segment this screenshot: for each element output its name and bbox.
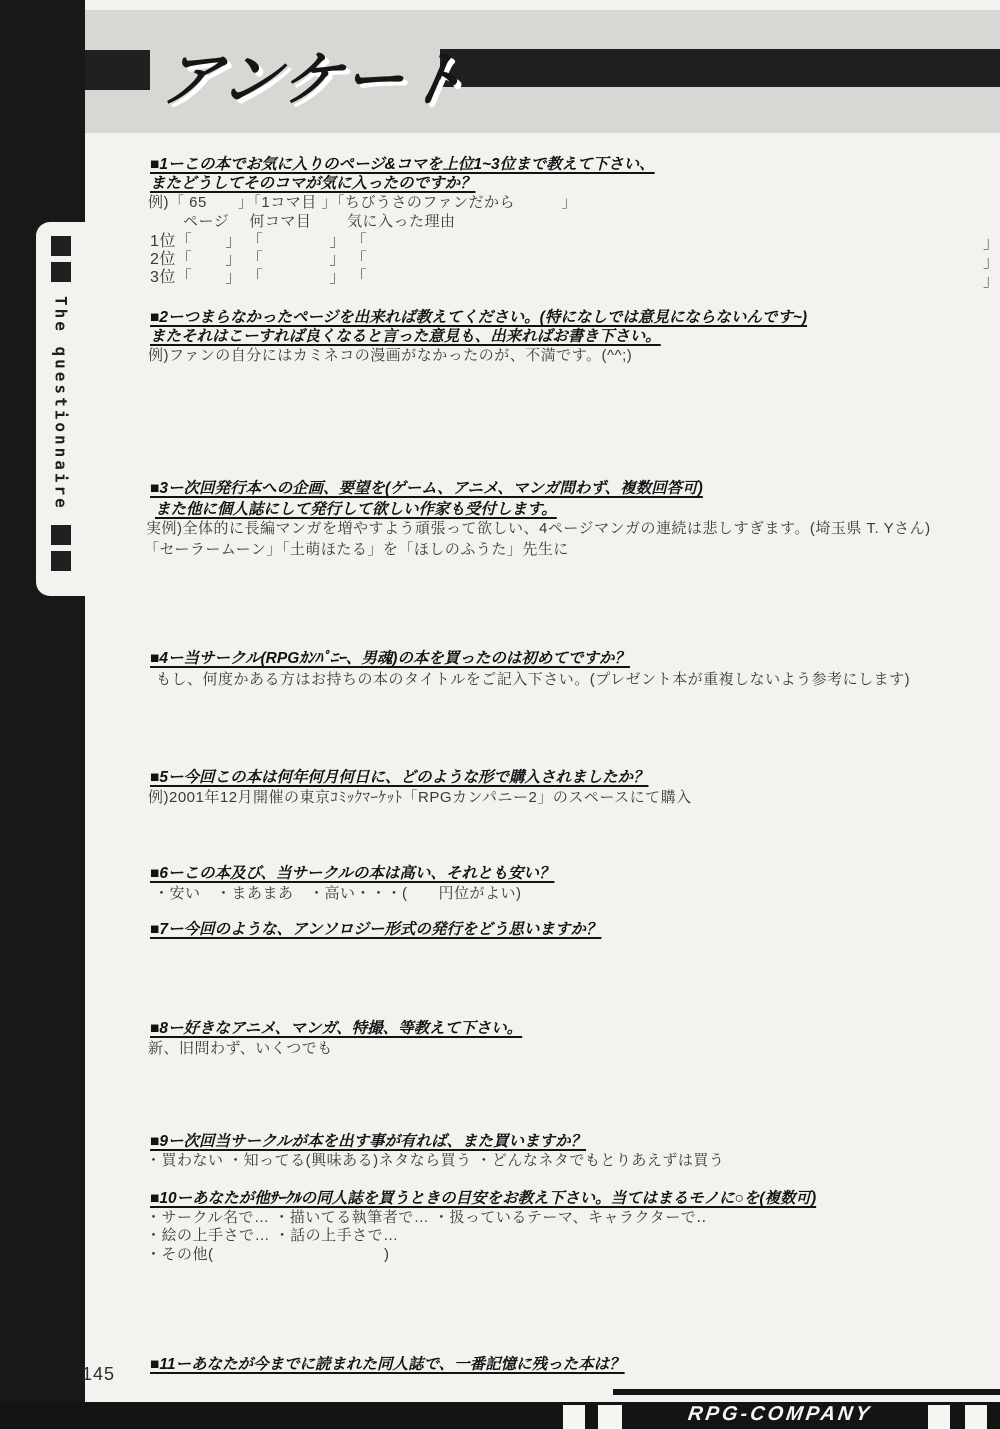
question-1-example: 例)「 65 」「1コマ目 」「ちびうさのファンだから 」: [148, 191, 577, 212]
sidebar-vertical-strip: The questionnaire: [36, 222, 86, 596]
question-11-heading: ■11ーあなたが今までに読まれた同人誌で、一番記憶に残った本は？: [150, 1352, 625, 1374]
question-3-example-line2: 「セーラームーン」「土萌ほたる」を「ほしのふうた」先生に: [144, 538, 569, 559]
footer-white-bar-icon: [965, 1405, 987, 1429]
question-3-heading-line1: ■3ー次回発行本への企画、要望を(ゲーム、アニメ、マンガ問わず、複数回答可): [150, 476, 703, 498]
question-6-heading: ■6ーこの本及び、当サークルの本は高い、それとも安い？: [150, 861, 554, 883]
question-10-heading: ■10ーあなたが他ｻｰｸﾙの同人誌を買うときの目安をお教え下さい。当てはまるモノ…: [150, 1186, 816, 1208]
footer-white-bar-icon: [563, 1405, 585, 1429]
question-9-heading: ■9ー次回当サークルが本を出す事が有れば、また買いますか？: [150, 1129, 586, 1151]
footer-accent-line: [613, 1389, 1000, 1395]
sidebar-vertical-label: The questionnaire: [52, 296, 71, 511]
page-number: 145: [82, 1364, 115, 1385]
question-2-example: 例)ファンの自分にはカミネコの漫画がなかったのが、不満です。(^^;): [148, 344, 632, 365]
question-8-heading: ■8ー好きなアニメ、マンガ、特撮、等教えて下さい。: [150, 1016, 522, 1038]
title-right-bar: [440, 49, 1000, 87]
question-7-heading: ■7ー今回のような、アンソロジー形式の発行をどう思いますか？: [150, 917, 601, 939]
question-8-note: 新、旧問わず、いくつでも: [148, 1037, 333, 1058]
question-1-rank3-row: 3位「 」 「 」 「: [150, 264, 367, 287]
question-6-options: ・安い ・まあまあ ・高い・・・( 円位がよい): [154, 882, 522, 903]
question-2-heading-line2: またそれはこーすれば良くなると言った意見も、出来ればお書き下さい。: [150, 324, 661, 346]
footer-white-bar-icon: [928, 1405, 950, 1429]
square-icon: [51, 236, 71, 256]
scanned-questionnaire-page: The questionnaire アンケート ■1ーこの本でお気に入りのページ…: [0, 0, 1000, 1429]
question-9-options: ・買わない ・知ってる(興味ある)ネタなら買う ・どんなネタでもとりあえずは買う: [146, 1149, 724, 1170]
footer-brand-logo: RPG-COMPANY: [638, 1403, 921, 1426]
footer-white-bar-icon: [598, 1405, 622, 1429]
left-margin-bar: [0, 0, 85, 1429]
page-title: アンケート: [154, 32, 476, 118]
question-1-heading-line2: またどうしてそのコマが気に入ったのですか？: [150, 171, 476, 193]
square-icon: [51, 525, 71, 545]
question-4-heading: ■4ー当サークル(RPGｶﾝﾊﾟﾆｰ、男魂)の本を買ったのは初めてですか？: [150, 646, 630, 668]
question-1-rank3-close-bracket: 」: [983, 268, 1000, 291]
title-left-bar: [85, 50, 150, 90]
square-icon: [51, 551, 71, 571]
question-5-example: 例)2001年12月開催の東京ｺﾐｯｸﾏｰｹｯﾄ「RPGカンパニー2」のスペース…: [148, 786, 692, 807]
question-10-line3: ・その他( ): [146, 1243, 390, 1264]
question-4-note: もし、何度かある方はお持ちの本のタイトルをご記入下さい。(プレゼント本が重複しな…: [156, 668, 910, 689]
question-3-heading-line2: また他に個人誌にして発行して欲しい作家も受付します。: [155, 497, 557, 519]
question-5-heading: ■5ー今回この本は何年何月何日に、どのような形で購入されましたか？: [150, 765, 649, 787]
question-3-example-line1: 実例)全体的に長編マンガを増やすよう頑張って欲しい、4ページマンガの連続は悲しす…: [146, 517, 931, 538]
square-icon: [51, 262, 71, 282]
question-10-line2: ・絵の上手さで… ・話の上手さで…: [146, 1224, 399, 1245]
